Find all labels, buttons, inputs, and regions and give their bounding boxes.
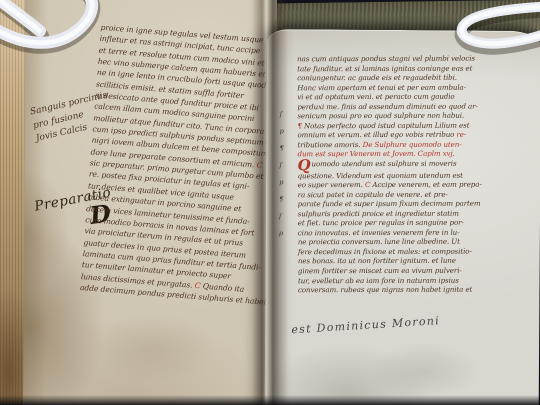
manuscript-photo: Sanguis porcinuspro fusioneJovis Calcis … xyxy=(0,0,540,405)
margin-mark: p xyxy=(279,225,283,242)
margin-mark: ¶ xyxy=(279,140,283,157)
manuscript-line: conversam. rubeas que nigras non habet i… xyxy=(298,285,482,295)
owner-inscription: est Dominicus Moroni xyxy=(291,314,440,336)
margin-mark: ¶ xyxy=(279,191,283,208)
margin-mark: p xyxy=(279,174,283,191)
left-page: Sanguis porcinuspro fusioneJovis Calcis … xyxy=(23,0,277,405)
right-page: ſp¶ſp¶ſp nas cum antiquas pondus stagni … xyxy=(265,29,540,405)
margin-mark: ſ xyxy=(279,208,283,225)
left-page-text: proice in igne sup tegulas vel testum us… xyxy=(80,22,277,309)
margin-mark: ſ xyxy=(279,157,283,174)
margin-mark: p xyxy=(280,123,284,140)
margin-mark: ſ xyxy=(280,106,284,123)
manuscript-line: Quomodo utendum est sulphure si moveris xyxy=(298,159,482,171)
margin-marks: ſp¶ſp¶ſp xyxy=(279,106,284,242)
right-page-text: nas cum antiquas pondus stagni vel plumb… xyxy=(297,54,482,295)
manuscript-line: eo super venerem. C Accipe venerem, et e… xyxy=(298,180,482,190)
